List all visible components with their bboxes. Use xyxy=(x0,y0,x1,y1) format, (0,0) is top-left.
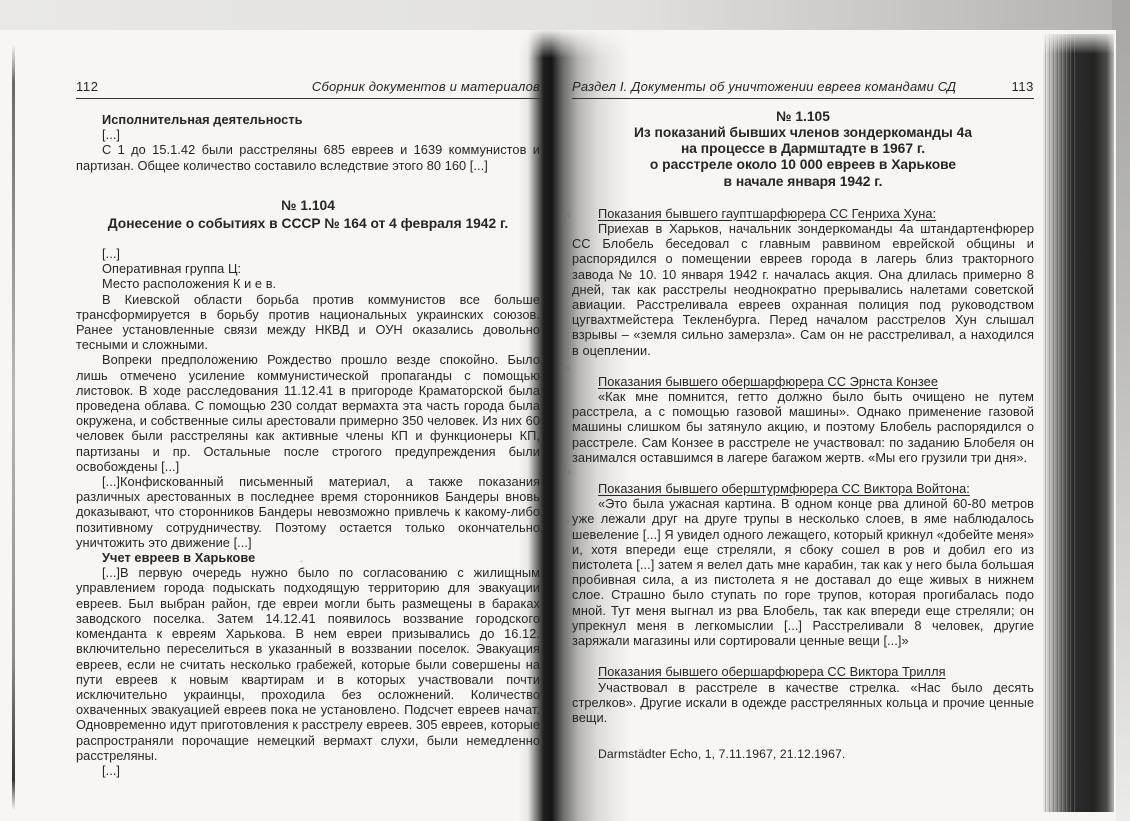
testimony-heading: Показания бывшего обершарфюрера СС Викто… xyxy=(572,664,1034,679)
right-page: Раздел I. Документы об уничтожении еврее… xyxy=(572,80,1034,761)
scanner-background-top xyxy=(0,0,1130,30)
book-fore-edge-shadow xyxy=(1042,34,1114,812)
ellipsis-mark: [...] xyxy=(76,246,540,261)
left-page-number: 112 xyxy=(76,80,99,94)
paragraph: В Киевской области борьба против коммуни… xyxy=(76,292,540,353)
left-page: 112 Сборник документов и материалов Испо… xyxy=(76,80,540,778)
right-running-header: Раздел I. Документы об уничтожении еврее… xyxy=(572,80,1034,99)
testimony-heading: Показания бывшего оберштурмфюрера СС Вик… xyxy=(572,481,1034,496)
testimony-heading: Показания бывшего обершарфюрера СС Эрнст… xyxy=(572,374,1034,389)
document-title-line: Из показаний бывших членов зондеркоманды… xyxy=(572,125,1034,141)
source-citation: Darmstädter Echo, 1, 7.11.1967, 21.12.19… xyxy=(598,747,1034,761)
section-heading: Исполнительная деятельность xyxy=(76,112,540,127)
testimony-text: «Это была ужасная картина. В одном конце… xyxy=(572,496,1034,648)
document-title-line: о расстреле около 10 000 евреев в Харько… xyxy=(572,157,1034,173)
paragraph: [...]В первую очередь нужно было по согл… xyxy=(76,565,540,763)
paragraph: Вопреки предположению Рождество прошло в… xyxy=(76,352,540,474)
left-page-edge-shadow xyxy=(12,44,15,810)
book-scan: 112 Сборник документов и материалов Испо… xyxy=(0,0,1130,821)
paragraph: С 1 до 15.1.42 были расстреляны 685 евре… xyxy=(76,142,540,172)
document-number: № 1.104 xyxy=(76,198,540,214)
scan-artifact xyxy=(567,212,571,218)
document-number: № 1.105 xyxy=(572,109,1034,125)
scan-artifact xyxy=(566,520,570,524)
paragraph: [...]Конфискованный письменный материал,… xyxy=(76,474,540,550)
left-running-header: 112 Сборник документов и материалов xyxy=(76,80,540,99)
right-page-number: 113 xyxy=(1011,80,1034,94)
subsection-heading: Учет евреев в Харькове xyxy=(76,550,540,565)
testimony-text: Приехав в Харьков, начальник зондеркоман… xyxy=(572,221,1034,358)
document-title-line: в начале января 1942 г. xyxy=(572,174,1034,190)
testimony-heading: Показания бывшего гауптшарфюрера СС Генр… xyxy=(572,206,1034,221)
left-running-title: Сборник документов и материалов xyxy=(312,80,540,94)
ellipsis-mark: [...] xyxy=(76,127,540,142)
testimony-text: «Как мне помнится, гетто должно было быт… xyxy=(572,389,1034,465)
document-title-line: на процессе в Дармштадте в 1967 г. xyxy=(572,141,1034,157)
scan-artifact xyxy=(565,366,570,371)
right-running-title: Раздел I. Документы об уничтожении еврее… xyxy=(572,80,956,94)
ellipsis-mark: [...] xyxy=(76,763,540,778)
testimony-text: Участвовал в расстреле в качестве стрелк… xyxy=(572,680,1034,726)
document-title: Донесение о событиях в СССР № 164 от 4 ф… xyxy=(76,216,540,232)
location-line: Место расположения К и е в. xyxy=(76,276,540,291)
scan-artifact xyxy=(567,470,571,475)
operational-group-line: Оперативная группа Ц: xyxy=(76,261,540,276)
